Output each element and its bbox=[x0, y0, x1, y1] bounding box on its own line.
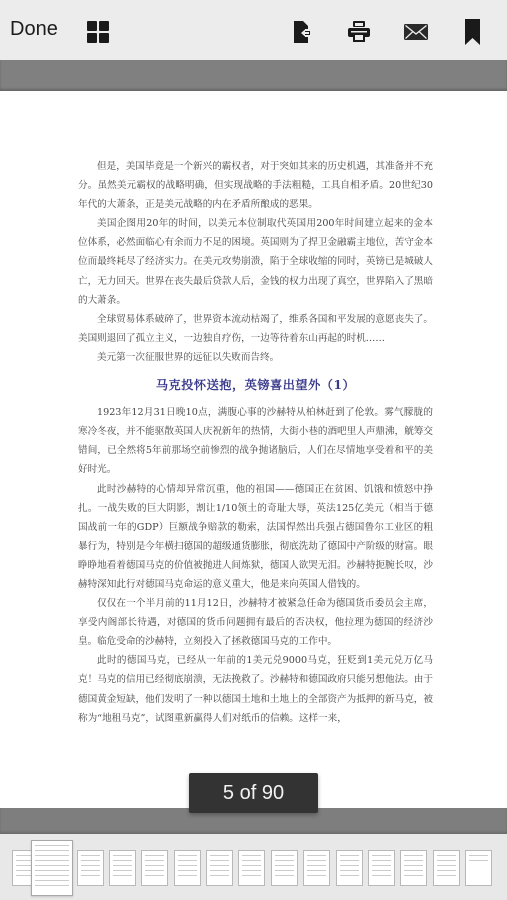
mail-icon[interactable] bbox=[404, 24, 428, 40]
page-thumbnail-selected[interactable] bbox=[31, 840, 73, 896]
paragraph: 美国企图用20年的时间，以美元本位制取代英国用200年时间建立起来的金本位体系，… bbox=[78, 214, 433, 309]
page-thumbnail[interactable] bbox=[433, 850, 460, 886]
paragraph: 此时沙赫特的心情却异常沉重，他的祖国——德国正在贫困、饥饿和愤怒中挣扎。一战失败… bbox=[78, 480, 433, 595]
page-thumbnail[interactable] bbox=[271, 850, 298, 886]
top-toolbar: Done bbox=[0, 0, 507, 60]
paragraph: 1923年12月31日晚10点，满腹心事的沙赫特从柏林赶到了伦敦。雾气朦胧的寒冷… bbox=[78, 403, 433, 479]
page-thumbnail[interactable] bbox=[77, 850, 104, 886]
page-thumbnail[interactable] bbox=[141, 850, 168, 886]
paragraph: 全球贸易体系破碎了，世界资本流动枯竭了，维系各国和平发展的意愿丧失了。美国则退回… bbox=[78, 310, 433, 348]
done-button[interactable]: Done bbox=[10, 18, 58, 41]
section-heading: 马克投怀送抱，英镑喜出望外（1） bbox=[78, 376, 433, 395]
page-thumbnail[interactable] bbox=[336, 850, 363, 886]
toolbar-divider-band bbox=[0, 60, 507, 91]
paragraph: 但是，美国毕竟是一个新兴的霸权者，对于突如其来的历史机遇，其准备并不充分。虽然美… bbox=[78, 157, 433, 214]
page-thumbnail[interactable] bbox=[238, 850, 265, 886]
paragraph: 美元第一次征服世界的远征以失败而告终。 bbox=[78, 348, 433, 367]
page-thumbnail[interactable] bbox=[109, 850, 136, 886]
thumbnail-strip[interactable] bbox=[0, 834, 507, 900]
grid-icon[interactable] bbox=[87, 21, 109, 43]
page-indicator: 5 of 90 bbox=[189, 773, 318, 813]
bookmark-icon[interactable] bbox=[465, 19, 480, 45]
paragraph: 仅仅在一个半月前的11月12日，沙赫特才被紧急任命为德国货币委员会主席，享受内阁… bbox=[78, 594, 433, 651]
paragraph: 此时的德国马克，已经从一年前的1美元兑9000马克，狂贬到1美元兑万亿马克！马克… bbox=[78, 651, 433, 727]
page-content: 但是，美国毕竟是一个新兴的霸权者，对于突如其来的历史机遇，其准备并不充分。虽然美… bbox=[78, 157, 433, 728]
document-page[interactable]: 但是，美国毕竟是一个新兴的霸权者，对于突如其来的历史机遇，其准备并不充分。虽然美… bbox=[0, 91, 507, 808]
page-thumbnail[interactable] bbox=[174, 850, 201, 886]
print-icon[interactable] bbox=[347, 21, 371, 43]
page-thumbnail[interactable] bbox=[368, 850, 395, 886]
page-thumbnail[interactable] bbox=[465, 850, 492, 886]
page-thumbnail[interactable] bbox=[400, 850, 427, 886]
page-thumbnail[interactable] bbox=[303, 850, 330, 886]
page-thumbnail[interactable] bbox=[206, 850, 233, 886]
export-icon[interactable] bbox=[291, 20, 315, 44]
